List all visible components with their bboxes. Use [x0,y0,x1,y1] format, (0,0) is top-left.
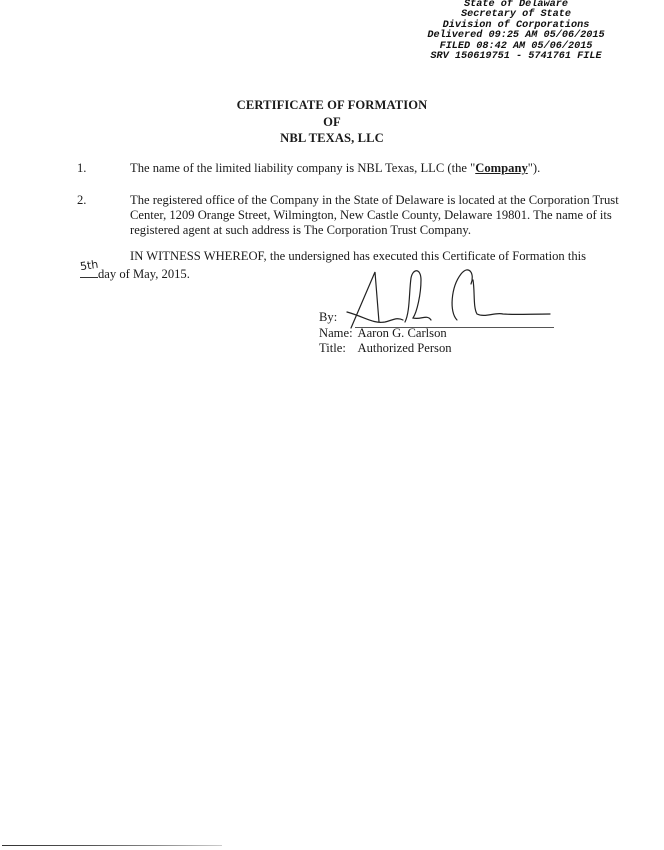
title-line: NBL TEXAS, LLC [0,130,664,147]
filing-stamp: State of Delaware Secretary of State Div… [416,0,616,62]
by-label: By: [319,310,337,324]
name-label: Name: [319,326,355,342]
item-text: The name of the limited liability compan… [130,161,475,175]
name-row: Name: Aaron G. Carlson [319,326,452,342]
handwritten-day: 5th [80,265,98,278]
handwritten-day-text: 5th [79,258,99,273]
signer-name: Aaron G. Carlson [357,326,446,340]
defined-term: Company [475,161,527,175]
title-label: Title: [319,341,355,357]
item-text: "). [528,161,540,175]
item-number: 2. [77,193,86,208]
by-row: By: [319,310,452,326]
signature-block: By: Name: Aaron G. Carlson Title: Author… [319,310,452,357]
witness-date-text: day of May, 2015. [98,267,190,281]
document-title: CERTIFICATE OF FORMATION OF NBL TEXAS, L… [0,97,664,147]
witness-date-line: 5thday of May, 2015. [80,265,190,282]
title-line: OF [0,114,664,131]
signer-title: Authorized Person [357,341,451,355]
title-line: CERTIFICATE OF FORMATION [0,97,664,114]
stamp-line: SRV 150619751 - 5741761 FILE [416,52,616,62]
item-number: 1. [77,161,86,176]
scan-artifact-line [2,845,222,846]
title-row: Title: Authorized Person [319,341,452,357]
item-paragraph: The name of the limited liability compan… [130,161,630,176]
item-paragraph: The registered office of the Company in … [130,193,630,239]
